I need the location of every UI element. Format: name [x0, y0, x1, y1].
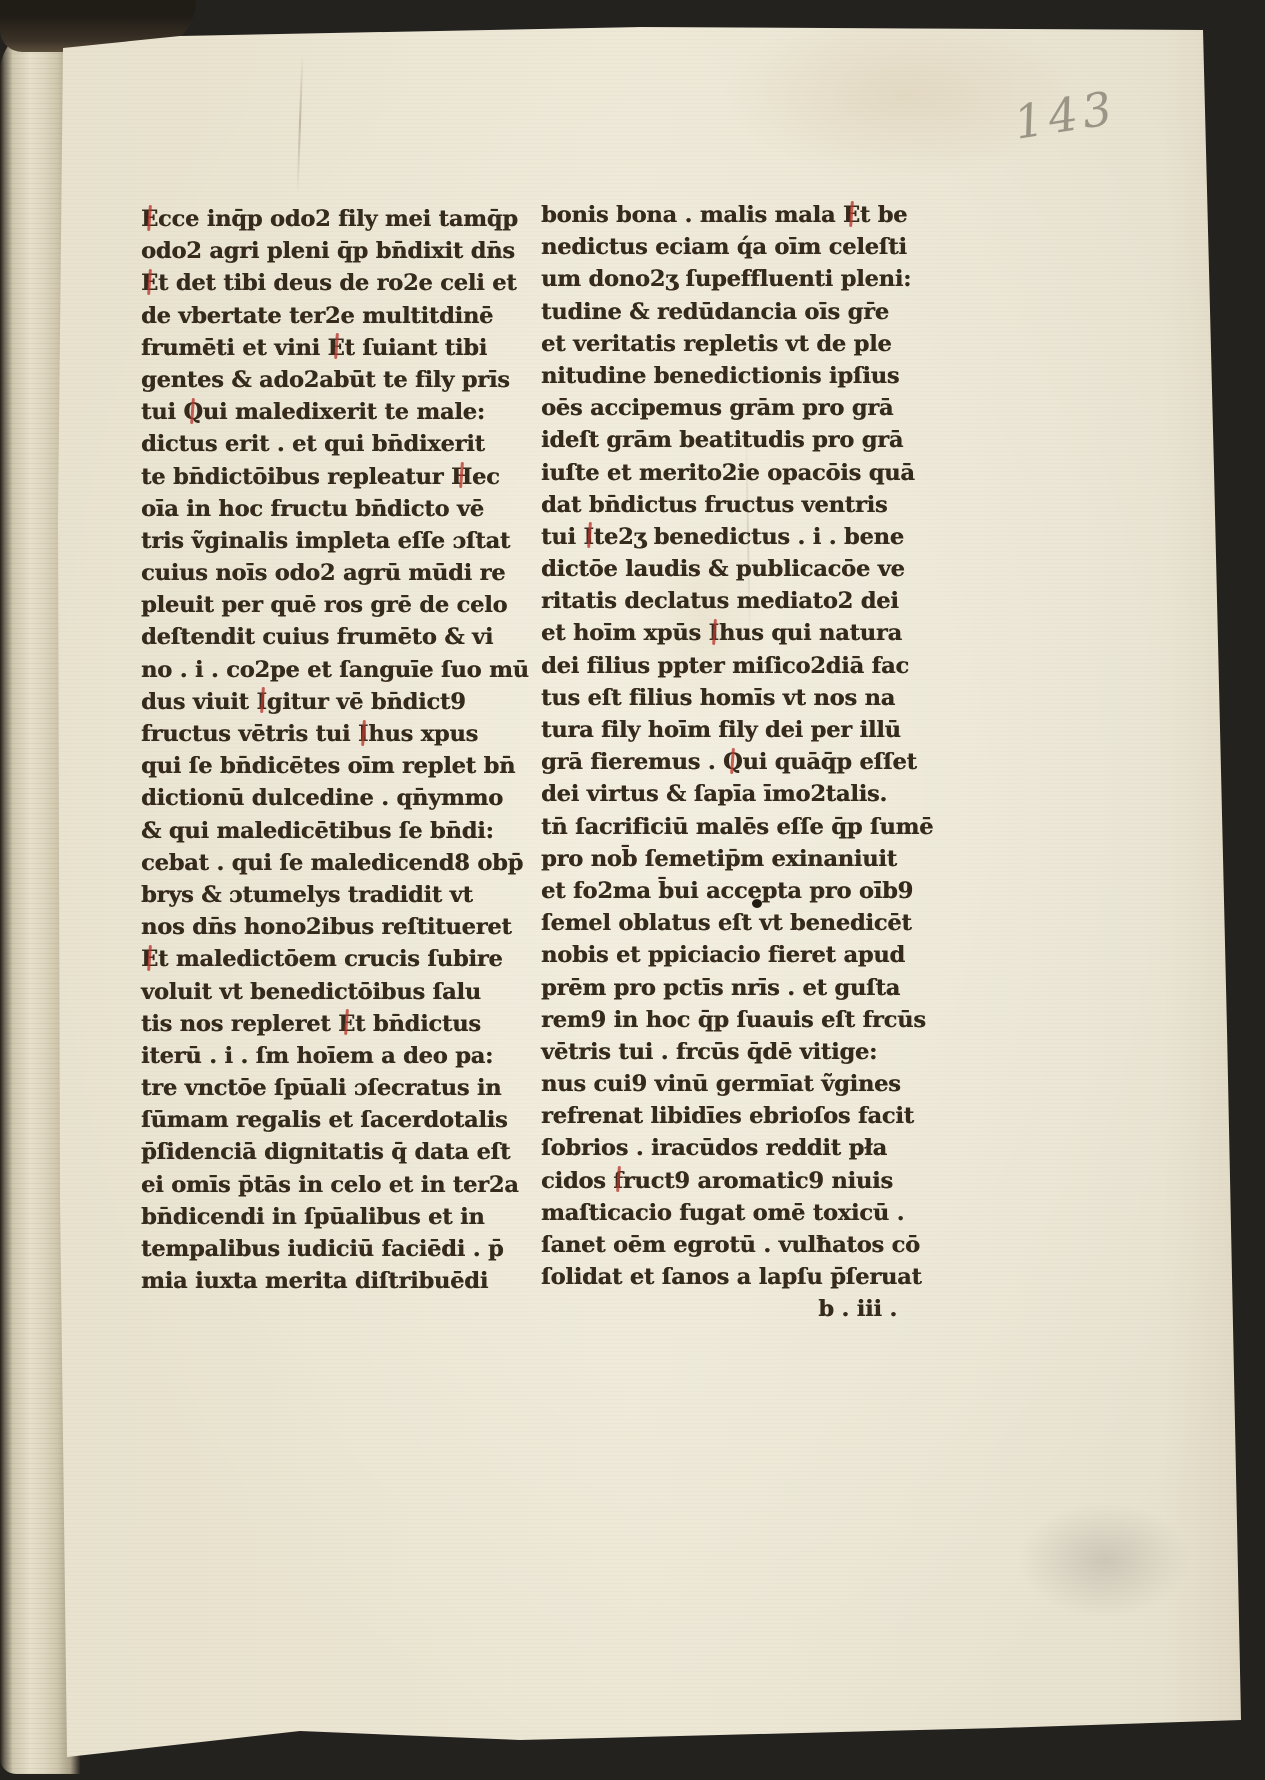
text-run: voluit vt benedictōibus ſalu	[141, 979, 481, 1005]
text-run: tui	[141, 399, 183, 425]
text-line: odo2 agri pleni q̄p bn̄dixit dn̄s	[141, 235, 493, 267]
text-run: tempalibus iudiciū faciēdi . p̄	[141, 1236, 503, 1262]
quire-signature: b . iii .	[541, 1293, 917, 1325]
text-run: et hoīm xpūs	[541, 620, 709, 646]
text-run: deſtendit cuius frumēto & vi	[141, 624, 493, 650]
text-run: & qui maledicētibus ſe bn̄di:	[141, 818, 494, 844]
text-line: brys & ɔtumelys tradidit vt	[141, 879, 493, 911]
text-line: et fo2ma b̄ui accepta pro oīb9	[541, 875, 917, 907]
text-line: ſolidat et ſanos a lapſu p̄ſeruat	[541, 1261, 917, 1293]
text-run: tn̄ ſacrificiū malēs eſſe q̄p ſumē	[541, 814, 933, 840]
text-column-right: bonis bona . malis mala Et benedictus ec…	[541, 199, 917, 1326]
text-line: p̄ſidenciā dignitatis q̄ data eſt	[141, 1136, 493, 1168]
text-line: gentes & ado2abūt te fily prīs	[141, 364, 493, 396]
text-run: ei omīs p̄tās in celo et in ter2a	[141, 1172, 519, 1198]
text-run: pleuit per quē ros grē de celo	[141, 592, 507, 618]
text-run: cce inq̄p odo2 fily mei tamq̄p	[158, 206, 518, 232]
text-run: um dono2ʒ ſupeffluenti pleni:	[541, 266, 911, 292]
text-line: pro nob̄ ſemetip̄m exinaniuit	[541, 843, 917, 875]
text-line: Et det tibi deus de ro2e celi et	[141, 267, 493, 299]
rubric-initial: I	[709, 617, 719, 649]
text-column-right-lines: bonis bona . malis mala Et benedictus ec…	[541, 199, 917, 1293]
text-line: qui ſe bn̄dicētes oīm replet bn̄	[141, 750, 493, 782]
rubric-initial: E	[141, 943, 158, 975]
text-line: tris ṽginalis impleta eſſe ɔſtat	[141, 525, 493, 557]
text-line: et veritatis repletis vt de ple	[541, 328, 917, 360]
text-line: deſtendit cuius frumēto & vi	[141, 621, 493, 653]
text-line: maſticacio fugat omē toxicū .	[541, 1197, 917, 1229]
text-run: t det tibi deus de ro2e celi et	[158, 270, 516, 296]
text-run: oēs accipemus grām pro grā	[541, 395, 893, 421]
text-run: cidos	[541, 1168, 613, 1194]
text-run: de vbertate ter2e multitdinē	[141, 303, 493, 329]
text-line: Et maledictōem crucis ſubire	[141, 943, 493, 975]
text-line: cebat . qui ſe maledicend8 obp̄	[141, 847, 493, 879]
text-run: odo2 agri pleni q̄p bn̄dixit dn̄s	[141, 238, 515, 264]
text-run: dus viuit	[141, 689, 256, 715]
rubric-initial: I	[583, 521, 593, 553]
text-run: ſanet oēm egrotū . vulħatos cō	[541, 1232, 920, 1258]
text-column-left: Ecce inq̄p odo2 fily mei tamq̄podo2 agri…	[141, 203, 493, 1297]
text-run: mia iuxta merita diſtribuēdi	[141, 1268, 488, 1294]
text-run: dat bn̄dictus fructus ventris	[541, 492, 887, 518]
text-run: brys & ɔtumelys tradidit vt	[141, 882, 473, 908]
text-line: ſūmam regalis et ſacerdotalis	[141, 1104, 493, 1136]
text-run: dictōe laudis & publicacōe ve	[541, 556, 905, 582]
rubric-initial: E	[843, 199, 860, 231]
text-run: vētris tui . frcūs q̄dē vitige:	[541, 1039, 877, 1065]
text-run: refrenat libidīes ebrioſos facit	[541, 1103, 914, 1129]
text-line: iuſte et merito2ie opacōis quā	[541, 457, 917, 489]
text-line: dei filius ppter miſico2diā fac	[541, 650, 917, 682]
text-run: tris ṽginalis impleta eſſe ɔſtat	[141, 528, 510, 554]
rubric-initial: E	[141, 203, 158, 235]
text-run: ſemel oblatus eſt vt benedicēt	[541, 910, 912, 936]
text-run: dictus erit . et qui bn̄dixerit	[141, 431, 485, 457]
text-line: rem9 in hoc q̄p ſuauis eſt frcūs	[541, 1004, 917, 1036]
rubric-initial: I	[358, 718, 368, 750]
rubric-initial: Q	[183, 396, 202, 428]
text-run: gitur vē bn̄dict9	[267, 689, 466, 715]
text-run: dictionū dulcedine . qn̄ymmo	[141, 785, 503, 811]
text-line: ſemel oblatus eſt vt benedicēt	[541, 907, 917, 939]
text-run: t ſuiant tibi	[344, 335, 487, 361]
text-run: p̄ſidenciā dignitatis q̄ data eſt	[141, 1139, 510, 1165]
rubric-initial: E	[328, 332, 345, 364]
text-run: pro nob̄ ſemetip̄m exinaniuit	[541, 846, 897, 872]
text-line: um dono2ʒ ſupeffluenti pleni:	[541, 263, 917, 295]
text-run: fructus vētris tui	[141, 721, 358, 747]
scan-backdrop: 143 Ecce inq̄p odo2 fily mei tamq̄podo2 …	[0, 0, 1265, 1780]
text-line: tempalibus iudiciū faciēdi . p̄	[141, 1233, 493, 1265]
text-run: cuius noīs odo2 agrū mūdi re	[141, 560, 505, 586]
text-line: dat bn̄dictus fructus ventris	[541, 489, 917, 521]
text-line: voluit vt benedictōibus ſalu	[141, 976, 493, 1008]
text-run: bn̄dicendi in ſpūalibus et in	[141, 1204, 484, 1230]
text-run: grā fieremus .	[541, 749, 723, 775]
text-run: te bn̄dictōibus repleatur	[141, 464, 451, 490]
text-line: dictōe laudis & publicacōe ve	[541, 553, 917, 585]
rubric-initial: H	[451, 461, 472, 493]
text-run: tura fily hoīm fily dei per illū	[541, 717, 901, 743]
text-line: grā fieremus . Qui quāq̄p eſſet	[541, 746, 917, 778]
text-run: tus eſt filius homīs vt nos na	[541, 685, 895, 711]
text-run: tui	[541, 524, 583, 550]
text-line: et hoīm xpūs Ihus qui natura	[541, 617, 917, 649]
text-line: ſobrios . iracūdos reddit pła	[541, 1132, 917, 1164]
text-run: te2ʒ benedictus . i . bene	[594, 524, 904, 550]
text-run: ec	[472, 464, 500, 490]
text-line: pleuit per quē ros grē de celo	[141, 589, 493, 621]
text-line: ritatis declatus mediato2 dei	[541, 585, 917, 617]
rubric-initial: E	[338, 1008, 355, 1040]
text-line: tus eſt filius homīs vt nos na	[541, 682, 917, 714]
text-line: tudine & redūdancia oīs gr̄e	[541, 296, 917, 328]
text-run: nus cui9 vinū germīat ṽgines	[541, 1071, 901, 1097]
text-run: nedictus eciam q́a oīm celeſti	[541, 234, 907, 260]
text-run: ritatis declatus mediato2 dei	[541, 588, 899, 614]
text-run: t maledictōem crucis ſubire	[158, 946, 503, 972]
text-line: mia iuxta merita diſtribuēdi	[141, 1265, 493, 1297]
text-run: frumēti et vini	[141, 335, 328, 361]
text-line: nedictus eciam q́a oīm celeſti	[541, 231, 917, 263]
text-run: prēm pro pctīs nrīs . et guſta	[541, 975, 900, 1001]
text-run: qui ſe bn̄dicētes oīm replet bn̄	[141, 753, 515, 779]
text-run: et veritatis repletis vt de ple	[541, 331, 892, 357]
rubric-initial: f	[613, 1165, 622, 1197]
text-run: hus qui natura	[719, 620, 902, 646]
text-line: refrenat libidīes ebrioſos facit	[541, 1100, 917, 1132]
text-run: ruct9 aromatic9 niuis	[623, 1168, 893, 1194]
text-run: nos dn̄s hono2ibus reſtitueret	[141, 914, 512, 940]
text-run: ſolidat et ſanos a lapſu p̄ſeruat	[541, 1264, 922, 1290]
text-line: fructus vētris tui Ihus xpus	[141, 718, 493, 750]
text-run: et fo2ma b̄ui accepta pro oīb9	[541, 878, 913, 904]
text-line: oīa in hoc fructu bn̄dicto vē	[141, 493, 493, 525]
text-line: tn̄ ſacrificiū malēs eſſe q̄p ſumē	[541, 811, 917, 843]
text-line: tui Qui maledixerit te male:	[141, 396, 493, 428]
manuscript-page: 143 Ecce inq̄p odo2 fily mei tamq̄podo2 …	[0, 0, 1265, 1780]
text-line: bonis bona . malis mala Et be	[541, 199, 917, 231]
text-run: rem9 in hoc q̄p ſuauis eſt frcūs	[541, 1007, 926, 1033]
text-run: iterū . i . ſm hoīem a deo pa:	[141, 1043, 493, 1069]
rubric-initial: Q	[723, 746, 742, 778]
text-line: nitudine benedictionis ipſius	[541, 360, 917, 392]
text-line: te bn̄dictōibus repleatur Hec	[141, 461, 493, 493]
text-run: t bn̄dictus	[355, 1011, 481, 1037]
text-run: ſobrios . iracūdos reddit pła	[541, 1135, 887, 1161]
text-line: de vbertate ter2e multitdinē	[141, 300, 493, 332]
text-run: dei virtus & ſapīa īmo2talis.	[541, 781, 887, 807]
rubric-initial: E	[141, 267, 158, 299]
text-line: frumēti et vini Et ſuiant tibi	[141, 332, 493, 364]
text-run: hus xpus	[368, 721, 478, 747]
text-line: dus viuit Igitur vē bn̄dict9	[141, 686, 493, 718]
text-line: cuius noīs odo2 agrū mūdi re	[141, 557, 493, 589]
text-run: tudine & redūdancia oīs gr̄e	[541, 299, 889, 325]
text-line: iterū . i . ſm hoīem a deo pa:	[141, 1040, 493, 1072]
rubric-initial: I	[256, 686, 266, 718]
text-line: nobis et ppiciacio fieret apud	[541, 939, 917, 971]
text-line: tui Ite2ʒ benedictus . i . bene	[541, 521, 917, 553]
text-line: dei virtus & ſapīa īmo2talis.	[541, 778, 917, 810]
text-run: gentes & ado2abūt te fily prīs	[141, 367, 510, 393]
text-run: cebat . qui ſe maledicend8 obp̄	[141, 850, 523, 876]
folio-number-pencil: 143	[1010, 80, 1120, 149]
text-run: ideſt grām beatitudis pro grā	[541, 427, 903, 453]
paper-crease	[297, 52, 304, 194]
text-run: nitudine benedictionis ipſius	[541, 363, 899, 389]
text-run: ui maledixerit te male:	[203, 399, 485, 425]
text-run: maſticacio fugat omē toxicū .	[541, 1200, 904, 1226]
text-line: oēs accipemus grām pro grā	[541, 392, 917, 424]
text-line: tis nos repleret Et bn̄dictus	[141, 1008, 493, 1040]
text-run: no . i . co2pe et ſanguīe ſuo mū	[141, 657, 529, 683]
text-line: dictus erit . et qui bn̄dixerit	[141, 428, 493, 460]
text-line: cidos fruct9 aromatic9 niuis	[541, 1165, 917, 1197]
text-line: nos dn̄s hono2ibus reſtitueret	[141, 911, 493, 943]
text-line: tre vnctōe ſpūali ɔſecratus in	[141, 1072, 493, 1104]
text-line: nus cui9 vinū germīat ṽgines	[541, 1068, 917, 1100]
text-line: ei omīs p̄tās in celo et in ter2a	[141, 1169, 493, 1201]
text-run: oīa in hoc fructu bn̄dicto vē	[141, 496, 484, 522]
text-line: & qui maledicētibus ſe bn̄di:	[141, 815, 493, 847]
text-run: ui quāq̄p eſſet	[742, 749, 916, 775]
text-line: vētris tui . frcūs q̄dē vitige:	[541, 1036, 917, 1068]
text-run: iuſte et merito2ie opacōis quā	[541, 460, 915, 486]
text-run: tis nos repleret	[141, 1011, 338, 1037]
text-run: dei filius ppter miſico2diā fac	[541, 653, 909, 679]
text-line: bn̄dicendi in ſpūalibus et in	[141, 1201, 493, 1233]
text-run: t be	[860, 202, 907, 228]
text-run: tre vnctōe ſpūali ɔſecratus in	[141, 1075, 501, 1101]
text-line: no . i . co2pe et ſanguīe ſuo mū	[141, 654, 493, 686]
text-run: ſūmam regalis et ſacerdotalis	[141, 1107, 507, 1133]
text-run: nobis et ppiciacio fieret apud	[541, 942, 905, 968]
text-line: ſanet oēm egrotū . vulħatos cō	[541, 1229, 917, 1261]
text-run: bonis bona . malis mala	[541, 202, 843, 228]
text-line: Ecce inq̄p odo2 fily mei tamq̄p	[141, 203, 493, 235]
text-line: prēm pro pctīs nrīs . et guſta	[541, 972, 917, 1004]
text-line: tura fily hoīm fily dei per illū	[541, 714, 917, 746]
text-line: dictionū dulcedine . qn̄ymmo	[141, 782, 493, 814]
text-line: ideſt grām beatitudis pro grā	[541, 424, 917, 456]
